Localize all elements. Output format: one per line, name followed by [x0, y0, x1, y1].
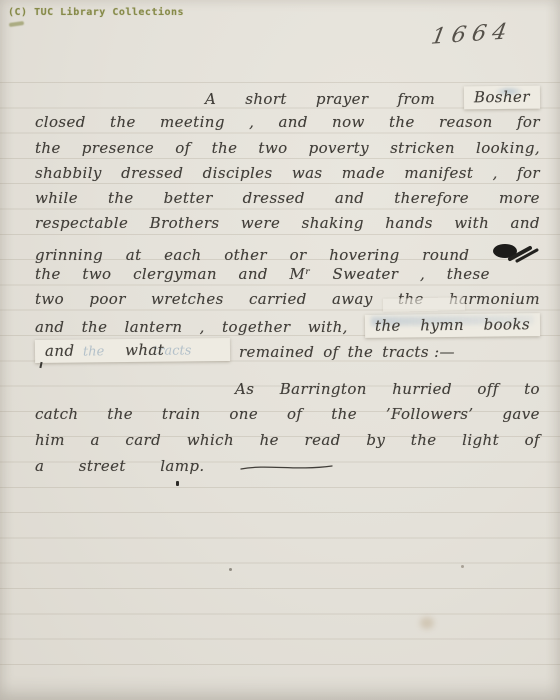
handwritten-word: the [108, 189, 134, 207]
handwritten-word: clergyman [133, 265, 217, 283]
handwritten-word: card [125, 431, 161, 449]
pasted-slip: andwhat thetracts [35, 338, 230, 363]
handwritten-word: the [389, 113, 415, 131]
handwritten-word: short [245, 90, 287, 108]
manuscript-line: thepresenceofthetwopovertystrickenlookin… [35, 139, 540, 164]
handwritten-word: the [107, 405, 133, 423]
handwritten-word: dressed [121, 164, 183, 182]
handwritten-word: while [35, 189, 78, 207]
handwritten-word: with, [308, 318, 348, 336]
manuscript-line: closedthemeeting,andnowthereasonfor [35, 113, 540, 138]
handwritten-word: from [398, 90, 436, 108]
handwritten-word: hymn [420, 316, 464, 334]
handwritten-word: made [342, 164, 385, 182]
pasted-slip: thehymnbooks [365, 313, 540, 338]
handwritten-word: Mʳ [290, 265, 311, 283]
handwritten-word: and [511, 214, 540, 232]
handwritten-word: remained [239, 343, 314, 361]
handwritten-word: lantern [125, 318, 183, 336]
handwritten-word: the [82, 318, 108, 336]
handwritten-word: and [239, 265, 268, 283]
manuscript-line: shabbilydresseddiscipleswasmademanifest,… [35, 164, 540, 189]
handwritten-word: wretches [151, 290, 224, 308]
manuscript-line: AsBarringtonhurriedoffto [235, 380, 540, 405]
handwritten-word: light [462, 431, 499, 449]
handwritten-word: Brothers [150, 214, 220, 232]
handwritten-word: As [235, 380, 254, 398]
handwritten-word: and [335, 189, 364, 207]
pasted-slip: Bosher [464, 86, 540, 110]
handwritten-word: with [454, 214, 489, 232]
pasted-slip-fragment [383, 297, 465, 311]
handwritten-word: more [499, 189, 540, 207]
handwritten-word: lamp. [160, 457, 204, 475]
handwritten-word: Bosher [474, 88, 530, 107]
handwritten-word: poor [89, 290, 125, 308]
erased-ghost-text: the [83, 344, 104, 359]
handwritten-word: together [222, 318, 290, 336]
handwritten-word: gave [502, 405, 540, 423]
handwritten-word: manifest [404, 164, 473, 182]
paper-speck [229, 568, 232, 571]
library-watermark: (C) TUC Library Collections [8, 7, 184, 18]
handwritten-word: stricken [390, 139, 455, 157]
handwritten-word: reason [439, 113, 493, 131]
handwritten-word: prayer [316, 90, 369, 108]
manuscript-paragraph: AshortprayerfromBosherclosedthemeeting,a… [35, 88, 540, 366]
handwritten-word: each [164, 246, 201, 264]
handwritten-word: shaking [302, 214, 364, 232]
handwritten-word: ’Followers’ [386, 405, 474, 423]
handwritten-word: the [212, 139, 238, 157]
handwritten-word: books [483, 315, 530, 333]
flourish-dash [239, 458, 335, 477]
handwritten-word: by [366, 431, 385, 449]
handwritten-word: looking, [476, 139, 540, 157]
manuscript-paragraph: AsBarringtonhurriedofftocatchthetrainone… [35, 380, 540, 481]
handwritten-word: to [524, 380, 540, 398]
handwritten-word: and [35, 318, 64, 336]
handwritten-word: meeting [160, 113, 225, 131]
handwritten-word: street [79, 457, 126, 475]
manuscript-line: respectableBrotherswereshakinghandswitha… [35, 214, 540, 239]
handwritten-word: and [278, 113, 307, 131]
handwritten-word: and [45, 342, 75, 360]
handwritten-word: him [35, 431, 65, 449]
handwritten-word: these [447, 265, 490, 283]
handwritten-word: the [110, 113, 136, 131]
handwritten-word: better [164, 189, 213, 207]
handwritten-word: of [525, 431, 540, 449]
watermark-dash [9, 21, 24, 27]
manuscript-line: himacardwhichhereadbythelightof [35, 431, 540, 456]
handwritten-word: two [258, 139, 287, 157]
handwritten-word: other [224, 246, 267, 264]
handwritten-word: presence [82, 139, 154, 157]
handwritten-word: , [249, 113, 254, 131]
handwritten-word: two [82, 265, 111, 283]
handwritten-word: off [477, 380, 498, 398]
handwritten-word: of [175, 139, 190, 157]
handwritten-word: for [517, 113, 540, 131]
handwritten-word: for [517, 164, 540, 182]
handwritten-word: Barrington [280, 380, 367, 398]
ink-blot [492, 243, 540, 267]
handwritten-word: hands [385, 214, 433, 232]
paper-speck [461, 565, 464, 568]
handwritten-word [215, 340, 220, 358]
manuscript-line: AshortprayerfromBosher [205, 88, 540, 113]
handwritten-word: what [125, 341, 164, 359]
manuscript-page: (C) TUC Library Collections 1664 Ashortp… [0, 0, 560, 700]
handwritten-word: the [35, 139, 61, 157]
handwritten-word: grinning [35, 246, 103, 264]
handwritten-word: respectable [35, 214, 128, 232]
handwritten-word: of [287, 405, 302, 423]
handwritten-word: read [305, 431, 341, 449]
handwritten-word: the [411, 431, 437, 449]
handwritten-word: one [229, 405, 258, 423]
handwritten-word: hovering [329, 246, 399, 264]
manuscript-line: andthelantern,togetherwith,thehymnbooks [35, 316, 540, 341]
handwritten-word: now [332, 113, 365, 131]
handwritten-word: carried [249, 290, 307, 308]
handwritten-word: shabbily [35, 164, 102, 182]
handwritten-word: , [420, 265, 425, 283]
page-number: 1664 [429, 19, 515, 50]
handwritten-word: a [35, 457, 44, 475]
manuscript-line: andwhat thetractsremainedofthetracts :— [35, 341, 455, 366]
handwritten-word: hurried [392, 380, 452, 398]
handwritten-word: therefore [394, 189, 469, 207]
handwritten-word: A [205, 90, 216, 108]
handwritten-word: which [187, 431, 234, 449]
manuscript-line: catchthetrainoneofthe’Followers’gave [35, 405, 540, 430]
handwritten-word: two [35, 290, 64, 308]
handwritten-word: or [290, 246, 307, 264]
handwritten-word: tracts :— [382, 343, 455, 361]
handwritten-word: train [162, 405, 201, 423]
paper-stain [420, 617, 434, 629]
handwritten-word: the [375, 316, 401, 334]
handwritten-word: were [241, 214, 280, 232]
handwritten-word: poverty [309, 139, 369, 157]
handwritten-word: closed [35, 113, 86, 131]
handwritten-word: disciples [203, 164, 273, 182]
handwritten-word: he [260, 431, 279, 449]
handwritten-word: catch [35, 405, 78, 423]
handwritten-word: , [493, 164, 498, 182]
manuscript-line: whilethebetterdressedandthereforemore [35, 189, 540, 214]
manuscript-line: astreetlamp. [35, 456, 335, 481]
handwritten-word: Sweater [333, 265, 399, 283]
handwritten-word: a [90, 431, 99, 449]
manuscript-line: thetwoclergymanandMʳSweater,these [35, 265, 490, 290]
handwritten-word: was [292, 164, 323, 182]
handwritten-word: round [422, 246, 469, 264]
handwritten-word: , [200, 318, 205, 336]
handwritten-word: the [331, 405, 357, 423]
handwritten-word: the [35, 265, 61, 283]
ink-speck [176, 481, 179, 486]
handwritten-word: dressed [243, 189, 305, 207]
manuscript-line: grinningateachotherorhoveringround [35, 240, 540, 265]
handwritten-word: away [332, 290, 373, 308]
handwritten-word: of [323, 343, 338, 361]
handwritten-word: the [348, 343, 374, 361]
handwritten-word: at [126, 246, 142, 264]
